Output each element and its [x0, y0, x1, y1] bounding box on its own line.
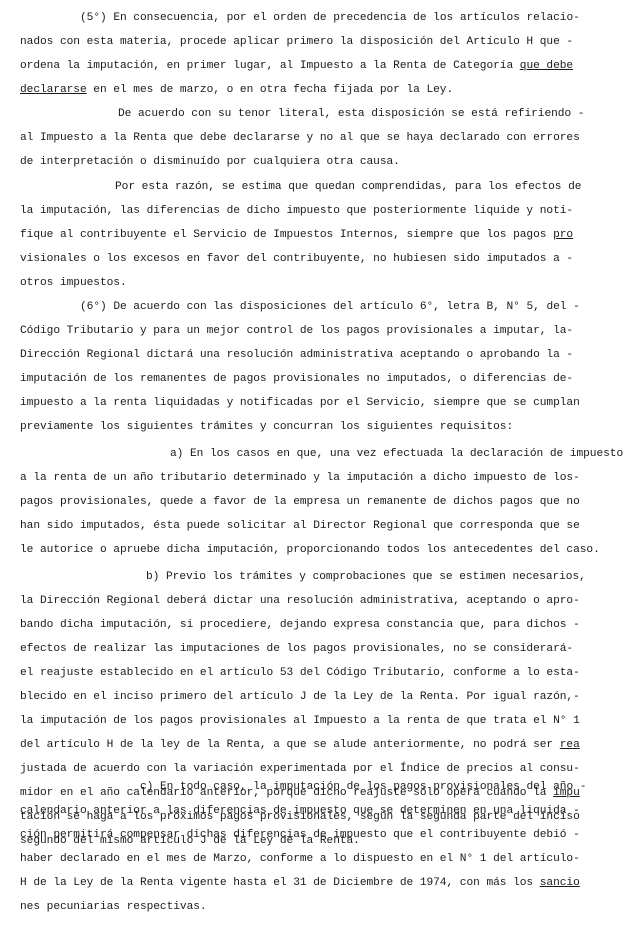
text-line: el reajuste establecido en el artículo 5… [20, 666, 580, 680]
text-line: le autorice o apruebe dicha imputación, … [20, 543, 600, 557]
text-line: H de la Ley de la Renta vigente hasta el… [20, 876, 580, 890]
text-line: De acuerdo con su tenor literal, esta di… [118, 107, 584, 121]
text-line: nados con esta materia, procede aplicar … [20, 35, 573, 49]
text-line: la imputación de los pagos provisionales… [20, 714, 580, 728]
text-line: Código Tributario y para un mejor contro… [20, 324, 573, 338]
text-line: han sido imputados, ésta puede solicitar… [20, 519, 580, 533]
text-line: impuesto a la renta liquidadas y notific… [20, 396, 580, 410]
text-line: Por esta razón, se estima que quedan com… [115, 180, 581, 194]
text-line: imputación de los remanentes de pagos pr… [20, 372, 573, 386]
underlined-text: rea [560, 739, 580, 751]
text-line: previamente los siguientes trámites y co… [20, 420, 513, 434]
text-line: haber declarado en el mes de Marzo, conf… [20, 852, 580, 866]
text-line: ción permitirá compensar dichas diferenc… [20, 828, 580, 842]
text-line: justada de acuerdo con la variación expe… [20, 762, 580, 776]
text-line: la imputación, las diferencias de dicho … [20, 204, 573, 218]
text-line: c) En todo caso, la imputación de los pa… [140, 780, 586, 794]
text-line: al Impuesto a la Renta que debe declarar… [20, 131, 580, 145]
underlined-text: sancio [540, 877, 580, 889]
text-line: ordena la imputación, en primer lugar, a… [20, 59, 573, 73]
text-segment: fique al contribuyente el Servicio de Im… [20, 229, 553, 241]
text-line: fique al contribuyente el Servicio de Im… [20, 228, 573, 242]
text-line: visionales o los excesos en favor del co… [20, 252, 573, 266]
underlined-text: declararse [20, 84, 87, 96]
text-line: (5°) En consecuencia, por el orden de pr… [80, 11, 580, 25]
text-line: de interpretación o disminuído por cualq… [20, 155, 400, 169]
text-line: la Dirección Regional deberá dictar una … [20, 594, 580, 608]
text-line: (6°) De acuerdo con las disposiciones de… [80, 300, 580, 314]
text-line: efectos de realizar las imputaciones de … [20, 642, 573, 656]
text-segment: en el mes de marzo, o en otra fecha fija… [87, 84, 454, 96]
text-line: blecido en el inciso primero del artícul… [20, 690, 580, 704]
document-page: (5°) En consecuencia, por el orden de pr… [0, 0, 630, 941]
underlined-text: pro [553, 229, 573, 241]
text-line: del artículo H de la ley de la Renta, a … [20, 738, 580, 752]
text-segment: H de la Ley de la Renta vigente hasta el… [20, 877, 540, 889]
text-line: a la renta de un año tributario determin… [20, 471, 580, 485]
text-line: pagos provisionales, quede a favor de la… [20, 495, 580, 509]
text-line: calendario anterior a las diferencias de… [20, 804, 580, 818]
text-line: otros impuestos. [20, 276, 127, 290]
text-line: b) Previo los trámites y comprobaciones … [146, 570, 586, 584]
underlined-text: que debe [520, 60, 573, 72]
text-line: bando dicha imputación, si procediere, d… [20, 618, 580, 632]
text-line: a) En los casos en que, una vez efectuad… [170, 447, 623, 461]
text-segment: ordena la imputación, en primer lugar, a… [20, 60, 520, 72]
text-line: declararse en el mes de marzo, o en otra… [20, 83, 453, 97]
text-line: Dirección Regional dictará una resolució… [20, 348, 573, 362]
text-line: nes pecuniarias respectivas. [20, 900, 207, 914]
text-segment: del artículo H de la ley de la Renta, a … [20, 739, 560, 751]
